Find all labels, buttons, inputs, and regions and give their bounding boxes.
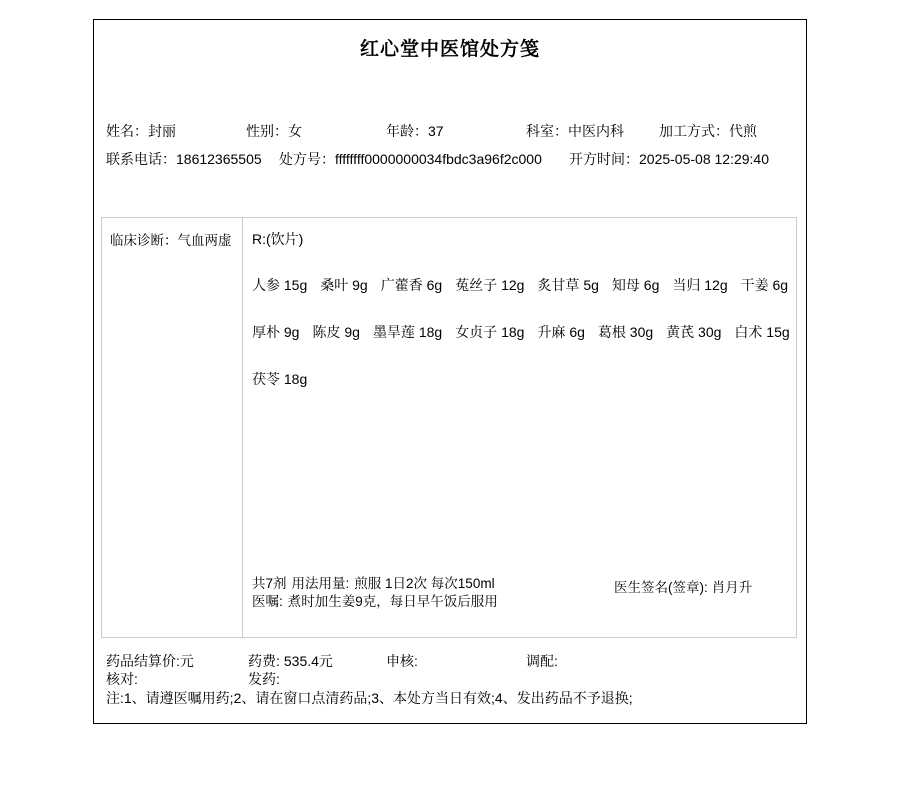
rx-content-cell: R:(饮片) 人参 15g桑叶 9g广藿香 6g菟丝子 12g炙甘草 5g知母 …: [242, 218, 796, 637]
processing-method-value: 代煎: [729, 123, 757, 139]
patient-age-value: 37: [428, 123, 444, 139]
issue-field: 发药:: [248, 669, 280, 689]
usage-label: 用法用量:: [292, 576, 350, 591]
diagnosis-value: 气血两虚: [178, 233, 232, 248]
issue-time-label: 开方时间：: [569, 151, 639, 167]
patient-gender-label: 性别：: [246, 123, 288, 139]
doctor-signature-name: 肖月升: [712, 580, 753, 595]
usage-value: 煎服 1日2次 每次150ml: [354, 576, 494, 591]
processing-method-field: 加工方式：代煎: [659, 121, 757, 141]
patient-department-value: 中医内科: [568, 123, 624, 139]
herb-item: 陈皮 9g: [312, 324, 359, 340]
footer-note: 注:1、请遵医嘱用药;2、请在窗口点清药品;3、本处方当日有效;4、发出药品不予…: [106, 688, 633, 708]
herb-item: 葛根 30g: [598, 324, 653, 340]
herb-lines: 人参 15g桑叶 9g广藿香 6g菟丝子 12g炙甘草 5g知母 6g当归 12…: [252, 277, 790, 418]
herb-line: 茯苓 18g: [252, 371, 790, 418]
patient-phone-value: 18612365505: [176, 151, 262, 167]
herb-line: 厚朴 9g陈皮 9g墨旱莲 18g女贞子 18g升麻 6g葛根 30g黄芪 30…: [252, 324, 790, 371]
prescription-number-field: 处方号：ffffffff0000000034fbdc3a96f2c000: [279, 149, 542, 169]
dosage-line: 共7剂用法用量:煎服 1日2次 每次150ml: [252, 575, 498, 593]
patient-age-label: 年龄：: [386, 123, 428, 139]
herb-item: 炙甘草 5g: [537, 277, 598, 293]
patient-name-value: 封丽: [148, 123, 176, 139]
settle-price-field: 药品结算价:元: [106, 651, 194, 671]
review-field: 申核:: [386, 651, 418, 671]
herb-item: 茯苓 18g: [252, 371, 307, 387]
herb-item: 升麻 6g: [537, 324, 584, 340]
herb-item: 白术 15g: [734, 324, 789, 340]
check-label: 核对:: [106, 671, 138, 687]
rx-header: R:(饮片): [252, 229, 303, 249]
fee-field: 药费:535.4元: [248, 651, 333, 671]
page-title: 红心堂中医馆处方笺: [94, 34, 806, 61]
processing-method-label: 加工方式：: [659, 123, 729, 139]
patient-age-field: 年龄：37: [386, 121, 444, 141]
herb-line: 人参 15g桑叶 9g广藿香 6g菟丝子 12g炙甘草 5g知母 6g当归 12…: [252, 277, 790, 324]
issue-time-value: 2025-05-08 12:29:40: [639, 151, 769, 167]
herb-item: 知母 6g: [612, 277, 659, 293]
patient-phone-label: 联系电话：: [106, 151, 176, 167]
patient-phone-field: 联系电话：18612365505: [106, 149, 262, 169]
diagnosis-cell: 临床诊断：气血两虚: [102, 218, 242, 637]
fee-value: 535.4元: [284, 653, 333, 669]
herb-item: 广藿香 6g: [381, 277, 442, 293]
patient-name-label: 姓名：: [106, 123, 148, 139]
herb-item: 黄芪 30g: [666, 324, 721, 340]
usage-block: 共7剂用法用量:煎服 1日2次 每次150ml 医嘱:煮时加生姜9克，每日早午饭…: [252, 575, 498, 611]
prescription-number-value: ffffffff0000000034fbdc3a96f2c000: [335, 151, 542, 167]
diagnosis-label: 临床诊断：: [110, 233, 178, 248]
herb-item: 厚朴 9g: [252, 324, 299, 340]
patient-name-field: 姓名：封丽: [106, 121, 176, 141]
herb-item: 女贞子 18g: [455, 324, 524, 340]
prescription-sheet: 红心堂中医馆处方笺 姓名：封丽 性别：女 年龄：37 科室：中医内科 加工方式：…: [93, 19, 807, 724]
patient-department-field: 科室：中医内科: [526, 121, 624, 141]
patient-gender-field: 性别：女: [246, 121, 302, 141]
herb-item: 当归 12g: [672, 277, 727, 293]
issue-label: 发药:: [248, 671, 280, 687]
prescription-box: 临床诊断：气血两虚 R:(饮片) 人参 15g桑叶 9g广藿香 6g菟丝子 12…: [101, 217, 797, 638]
review-label: 申核:: [386, 653, 418, 669]
patient-gender-value: 女: [288, 123, 302, 139]
herb-item: 干姜 6g: [741, 277, 788, 293]
issue-time-field: 开方时间：2025-05-08 12:29:40: [569, 149, 769, 169]
doctor-signature: 医生签名(签章):肖月升: [614, 576, 752, 596]
doctor-signature-label: 医生签名(签章):: [614, 580, 708, 595]
herb-item: 人参 15g: [252, 277, 307, 293]
advice-value: 煮时加生姜9克，每日早午饭后服用: [288, 594, 498, 609]
herb-item: 墨旱莲 18g: [373, 324, 442, 340]
total-dose: 共7剂: [252, 576, 287, 591]
page-canvas: 红心堂中医馆处方笺 姓名：封丽 性别：女 年龄：37 科室：中医内科 加工方式：…: [0, 0, 900, 800]
patient-department-label: 科室：: [526, 123, 568, 139]
settle-price-label: 药品结算价:: [106, 653, 180, 669]
check-field: 核对:: [106, 669, 138, 689]
herb-item: 菟丝子 12g: [455, 277, 524, 293]
settle-price-value: 元: [180, 653, 194, 669]
herb-item: 桑叶 9g: [320, 277, 367, 293]
fee-label: 药费:: [248, 653, 280, 669]
dispense-label: 调配:: [526, 653, 558, 669]
advice-line: 医嘱:煮时加生姜9克，每日早午饭后服用: [252, 593, 498, 611]
dispense-field: 调配:: [526, 651, 558, 671]
prescription-number-label: 处方号：: [279, 151, 335, 167]
advice-label: 医嘱:: [252, 594, 283, 609]
